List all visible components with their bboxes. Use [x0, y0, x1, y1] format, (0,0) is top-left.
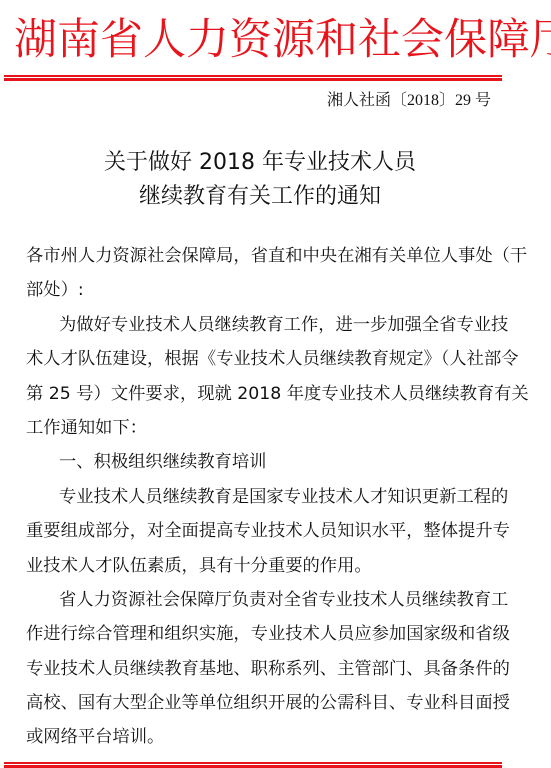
document-title-line-1: 关于做好 2018 年专业技术人员: [0, 145, 520, 181]
document-number: 湘人社函〔2018〕29 号: [327, 87, 491, 110]
section-heading-1: 一、积极组织继续教育培训: [26, 445, 496, 479]
paragraph-2-line-2: 重要组成部分，对全面提高专业技术人员知识水平，整体提升专: [26, 514, 496, 548]
paragraph-2-line-3: 业技术人才队伍素质，具有十分重要的作用。: [26, 549, 496, 583]
paragraph-1-line-3: 第 25 号）文件要求，现就 2018 年度专业技术人员继续教育有关: [26, 377, 496, 411]
salutation-line-2: 部处）:: [26, 273, 496, 307]
paragraph-3-line-1: 省人力资源社会保障厅负责对全省专业技术人员继续教育工: [26, 583, 496, 617]
organization-title: 湖南省人力资源和社会保障厅: [14, 12, 514, 68]
paragraph-1-line-2: 术人才队伍建设，根据《专业技术人员继续教育规定》（人社部令: [26, 342, 496, 376]
header-rule-thick: [4, 78, 502, 81]
paragraph-3-line-5: 或网络平台培训。: [26, 720, 496, 754]
document-body: 各市州人力资源社会保障局，省直和中央在湘有关单位人事处（干 部处）: 为做好专业…: [26, 239, 496, 755]
footer-rule-thin: [4, 762, 502, 764]
paragraph-1-line-4: 工作通知如下：: [26, 411, 496, 445]
paragraph-1-line-1: 为做好专业技术人员继续教育工作，进一步加强全省专业技: [26, 308, 496, 342]
header-rule-thin: [4, 75, 502, 77]
paragraph-2-line-1: 专业技术人员继续教育是国家专业技术人才知识更新工程的: [26, 480, 496, 514]
paragraph-3-line-4: 高校、国有大型企业等单位组织开展的公需科目、专业科目面授: [26, 686, 496, 720]
paragraph-3-line-2: 作进行综合管理和组织实施，专业技术人员应参加国家级和省级: [26, 617, 496, 651]
salutation-line-1: 各市州人力资源社会保障局，省直和中央在湘有关单位人事处（干: [26, 239, 496, 273]
document-title-line-2: 继续教育有关工作的通知: [0, 179, 520, 215]
paragraph-3-line-3: 专业技术人员继续教育基地、职称系列、主管部门、具备条件的: [26, 652, 496, 686]
